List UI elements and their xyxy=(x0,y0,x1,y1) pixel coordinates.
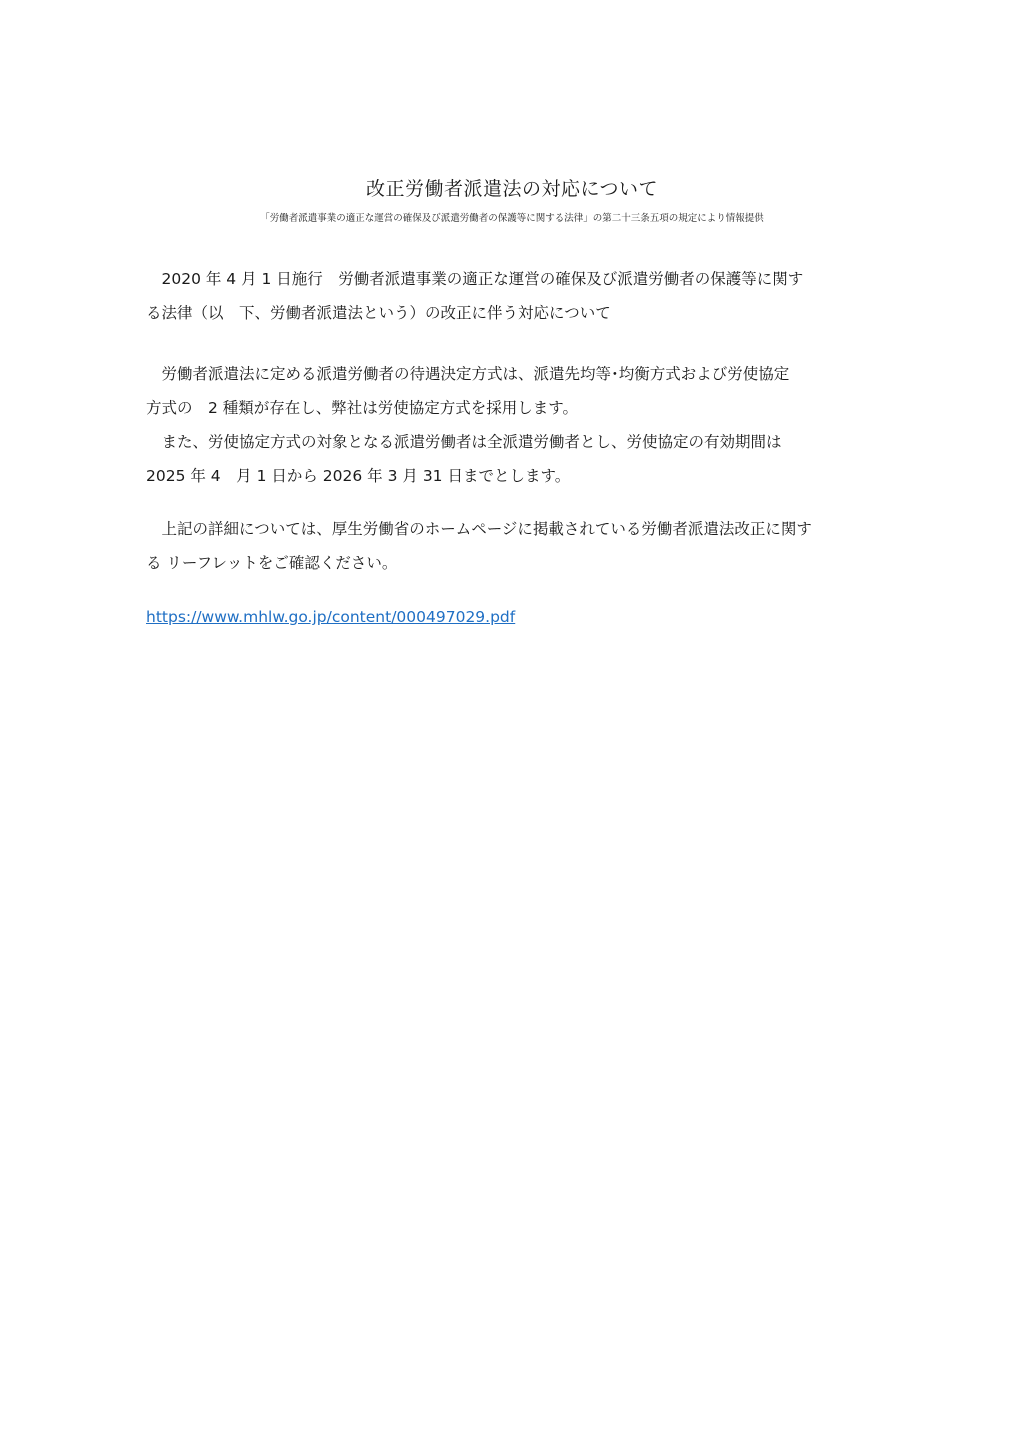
leaflet-link[interactable]: https://www.mhlw.go.jp/content/000497029… xyxy=(146,608,515,626)
paragraph-line: また、労使協定方式の対象となる派遣労働者は全派遣労働者とし、労使協定の有効期間は xyxy=(146,425,886,459)
paragraph-line: 上記の詳細については、厚生労働省のホームページに掲載されている労働者派遣法改正に… xyxy=(146,512,886,546)
paragraph-method: 労働者派遣法に定める派遣労働者の待遇決定方式は、派遣先均等･均衡方式および労使協… xyxy=(146,357,886,493)
paragraph-line: る法律（以 下、労働者派遣法という）の改正に伴う対応について xyxy=(146,296,886,330)
paragraph-line: 方式の 2 種類が存在し、弊社は労使協定方式を採用します。 xyxy=(146,391,886,425)
document-page: 改正労働者派遣法の対応について 「労働者派遣事業の適正な運営の確保及び派遣労働者… xyxy=(0,0,1024,1448)
paragraph-details: 上記の詳細については、厚生労働省のホームページに掲載されている労働者派遣法改正に… xyxy=(146,512,886,580)
paragraph-effective-date: 2020 年 4 月 1 日施行 労働者派遣事業の適正な運営の確保及び派遣労働者… xyxy=(146,262,886,330)
paragraph-line: 労働者派遣法に定める派遣労働者の待遇決定方式は、派遣先均等･均衡方式および労使協… xyxy=(146,357,886,391)
paragraph-line: 2020 年 4 月 1 日施行 労働者派遣事業の適正な運営の確保及び派遣労働者… xyxy=(146,262,886,296)
paragraph-line: る リーフレットをご確認ください。 xyxy=(146,546,886,580)
document-subtitle: 「労働者派遣事業の適正な運営の確保及び派遣労働者の保護等に関する法律」の第二十三… xyxy=(0,210,1024,224)
document-title: 改正労働者派遣法の対応について xyxy=(0,174,1024,201)
paragraph-line: 2025 年 4 月 1 日から 2026 年 3 月 31 日までとします。 xyxy=(146,459,886,493)
